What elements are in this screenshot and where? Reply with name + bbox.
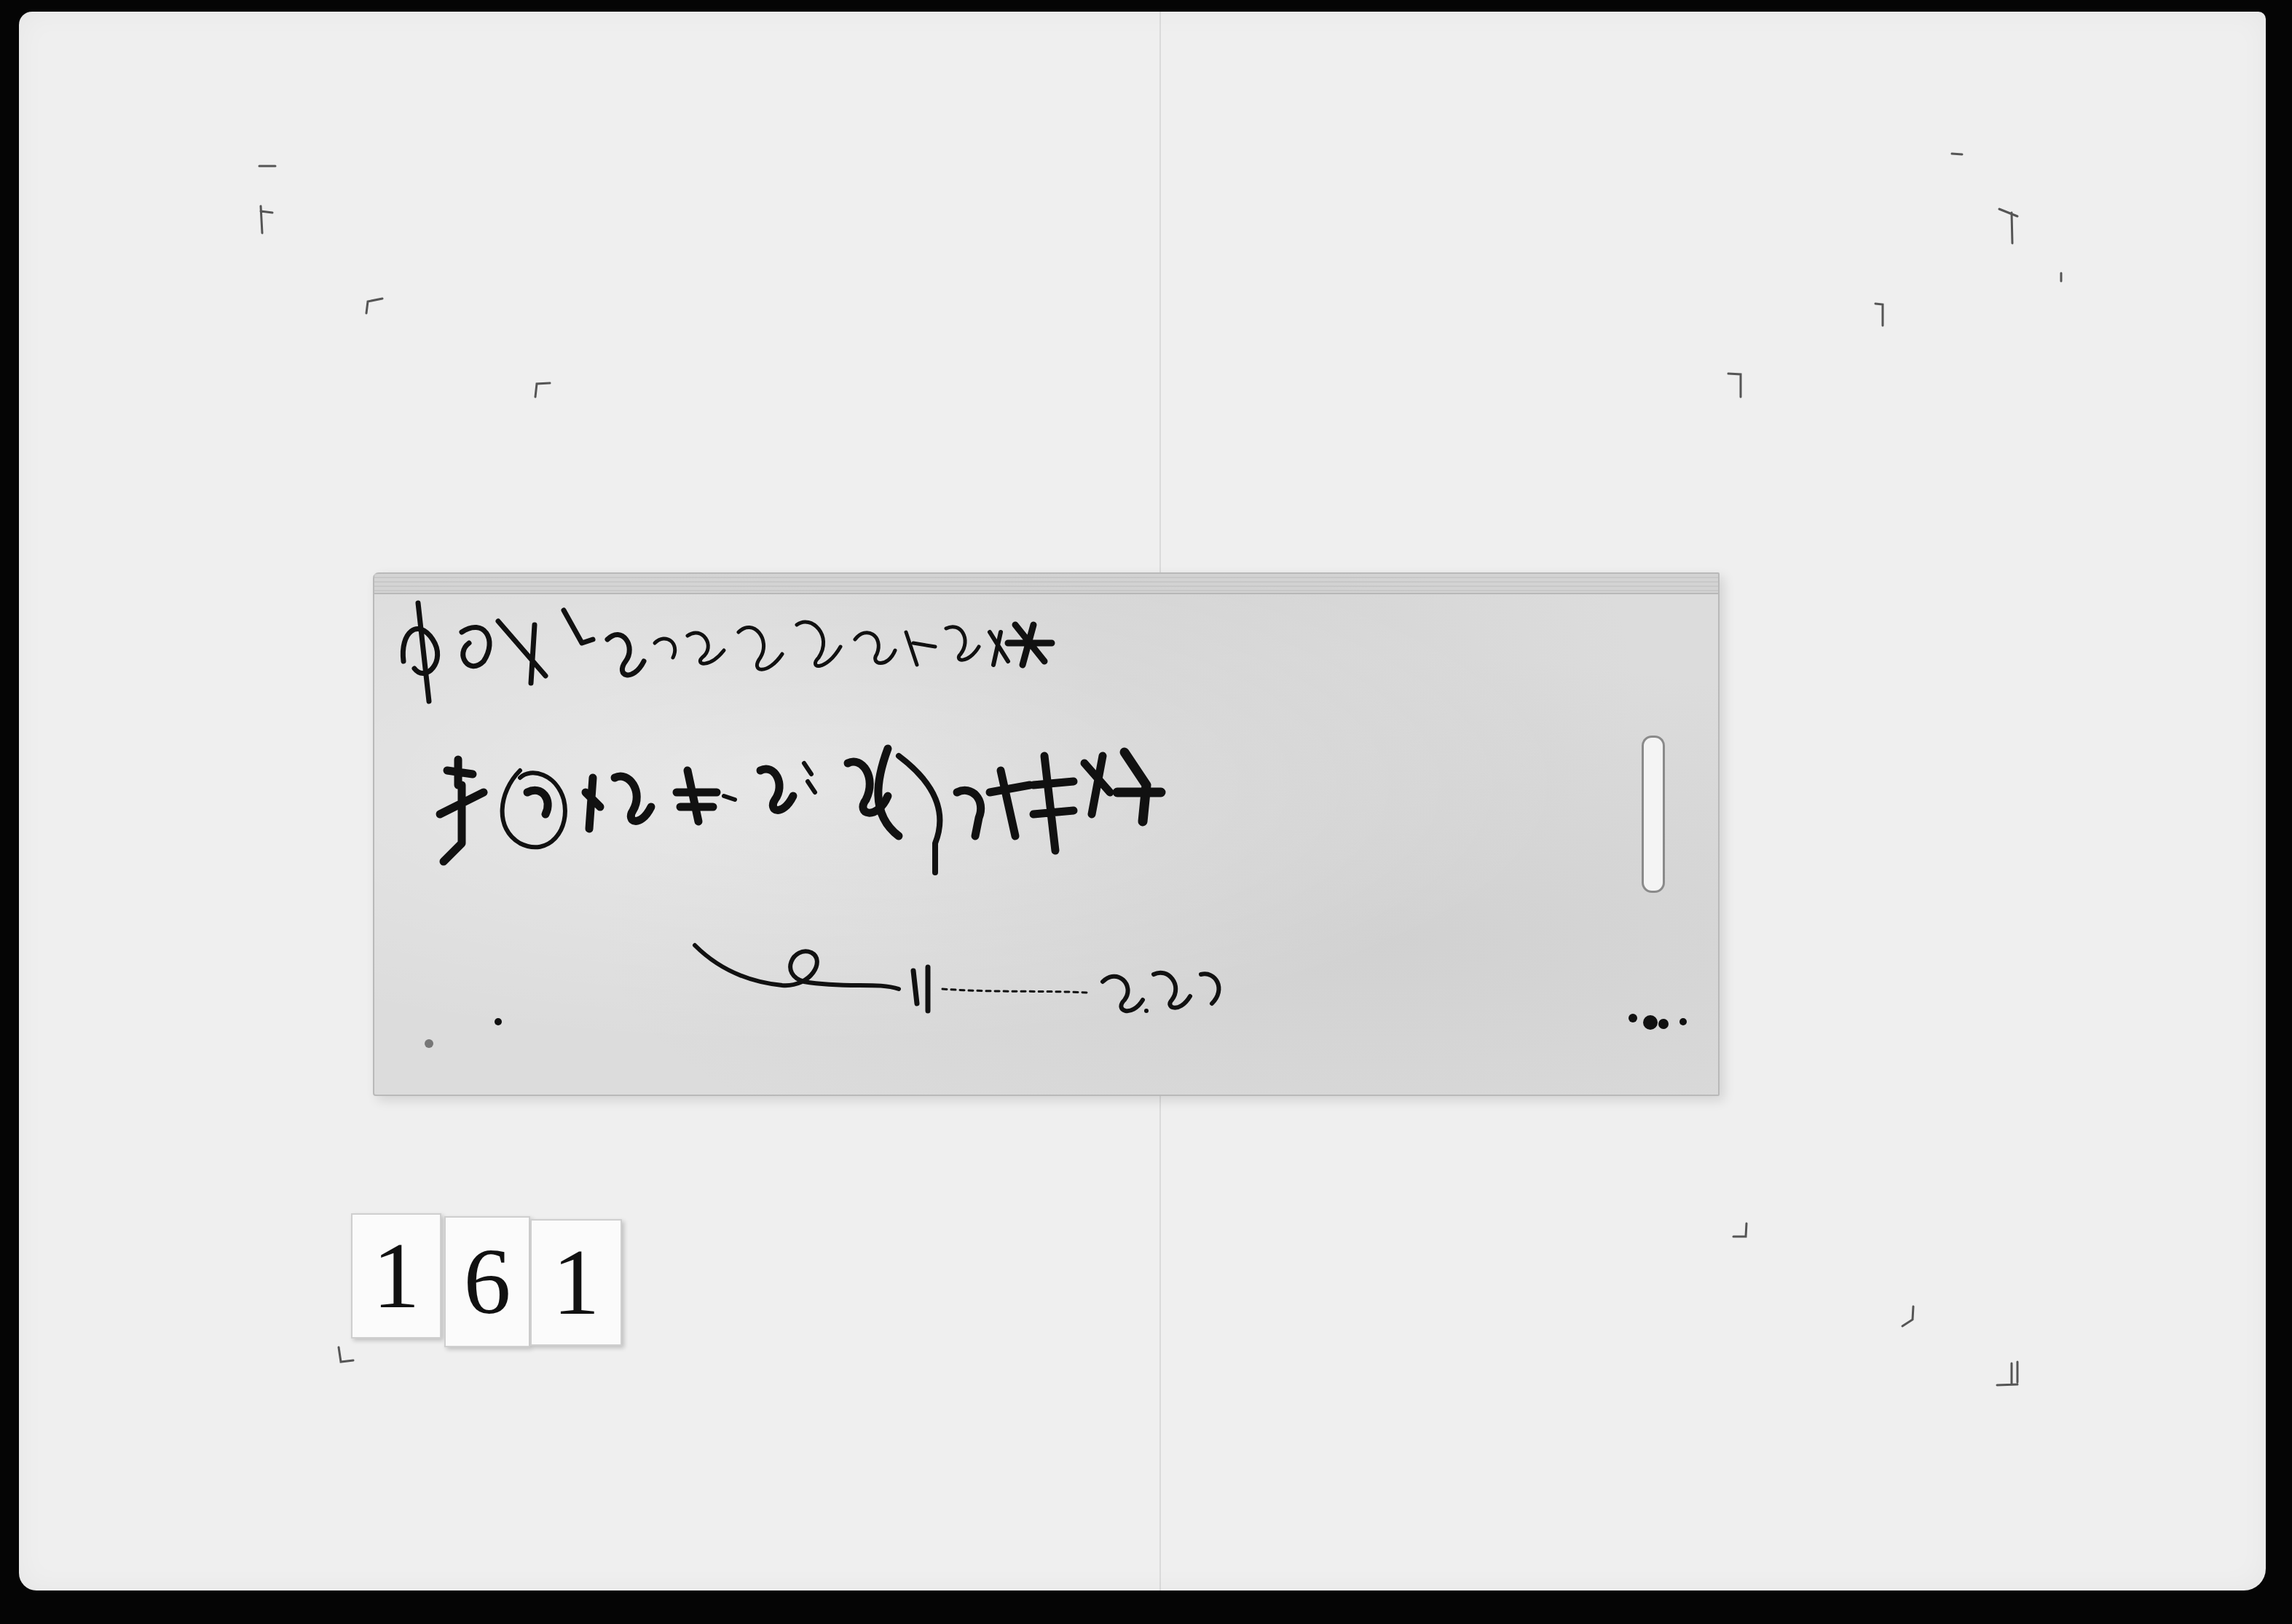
calligraphy-text	[374, 574, 1718, 1095]
frame-digit-3: 1	[530, 1219, 622, 1346]
calligraphy-line-3	[695, 945, 1218, 1011]
frame-digit-1: 1	[351, 1213, 441, 1339]
ink-spots	[425, 1009, 1687, 1048]
document-booklet	[373, 572, 1720, 1096]
frame-digit-2: 6	[444, 1216, 530, 1347]
calligraphy-line-2	[440, 749, 1161, 872]
calligraphy-line-1	[403, 603, 1052, 701]
